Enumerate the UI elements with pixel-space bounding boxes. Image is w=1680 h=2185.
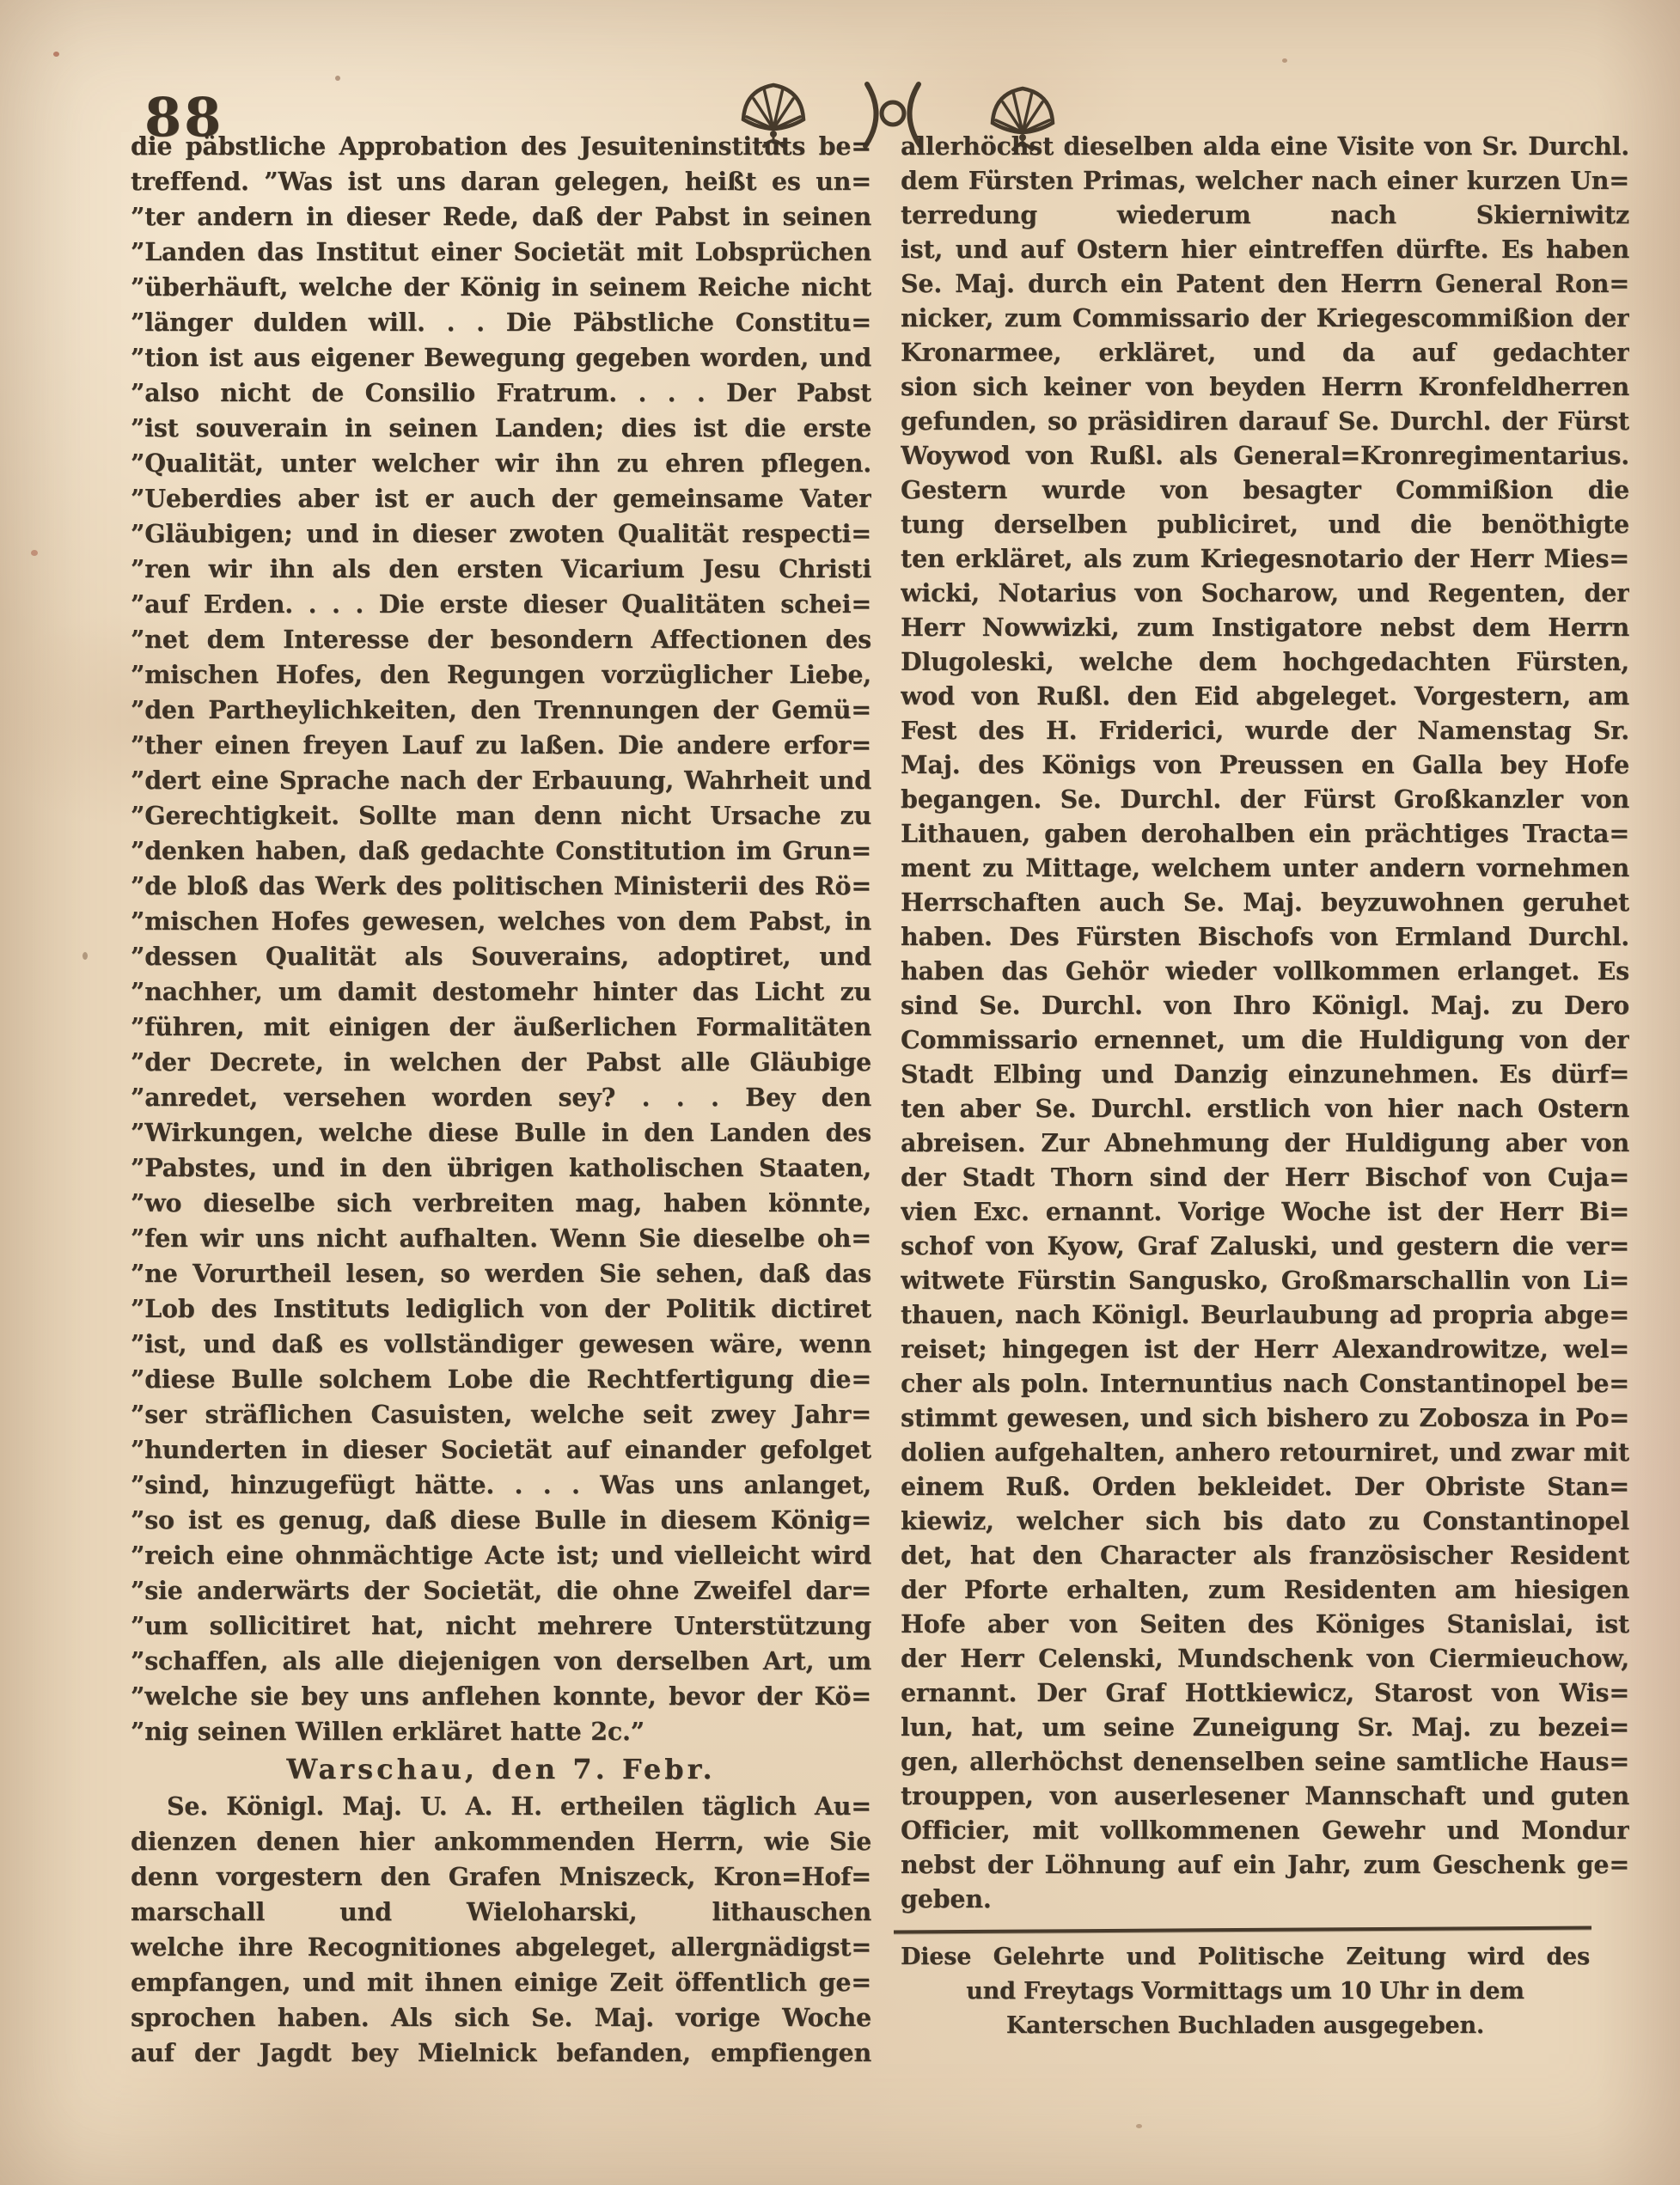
column-line: gefunden, so präsidiren darauf Se. Durch…: [901, 404, 1629, 438]
article-line: ”hunderten in dieser Societät auf einand…: [131, 1432, 871, 1468]
column-line: dem Fürsten Primas, welcher nach einer k…: [901, 163, 1629, 198]
column-line: haben. Des Fürsten Bischofs von Ermland …: [901, 919, 1629, 954]
article-line: ”dert eine Sprache nach der Erbauung, Wa…: [131, 763, 871, 798]
article-line: ”Wirkungen, welche diese Bulle in den La…: [131, 1115, 871, 1150]
column-line: Herrschaften auch Se. Maj. beyzuwohnen g…: [901, 885, 1629, 919]
article-line: ”tion ist aus eigener Bewegung gegeben w…: [131, 340, 871, 375]
column-line: Herr Nowwizki, zum Instigatore nebst dem…: [901, 610, 1629, 644]
article-line: ”Lob des Instituts lediglich von der Pol…: [131, 1291, 871, 1327]
column-line: Stadt Elbing und Danzig einzunehmen. Es …: [901, 1057, 1629, 1091]
column-line: wicki, Notarius von Socharow, und Regent…: [901, 576, 1629, 610]
article-line: ”nachher, um damit destomehr hinter das …: [131, 974, 871, 1010]
article-line: ”um sollicitiret hat, nicht mehrere Unte…: [131, 1608, 871, 1644]
column-line: ernannt. Der Graf Hottkiewicz, Starost v…: [901, 1675, 1629, 1710]
paragraph-line: empfangen, und mit ihnen einige Zeit öff…: [131, 1965, 871, 2000]
article-line: ”führen, mit einigen der äußerlichen For…: [131, 1010, 871, 1045]
article-line: ”wo dieselbe sich verbreiten mag, haben …: [131, 1186, 871, 1221]
paragraph-line: sprochen haben. Als sich Se. Maj. vorige…: [131, 2000, 871, 2035]
imprint-note: Diese Gelehrte und Politische Zeitung wi…: [901, 1940, 1590, 2043]
paragraph-line: dienzen denen hier ankommenden Herrn, wi…: [131, 1824, 871, 1859]
article-line: ”mischen Hofes, den Regungen vorzügliche…: [131, 657, 871, 693]
article-line: ”so ist es genug, daß diese Bulle in die…: [131, 1503, 871, 1538]
column-line: Dlugoleski, welche dem hochgedachten Für…: [901, 644, 1629, 679]
article-line: ”Qualität, unter welcher wir ihn zu ehre…: [131, 446, 871, 481]
warschau-paragraph-lines: Se. Königl. Maj. U. A. H. ertheilen tägl…: [131, 1789, 871, 2071]
column-line: ten erkläret, als zum Kriegesnotario der…: [901, 541, 1629, 576]
column-line: einem Ruß. Orden bekleidet. Der Obriste …: [901, 1469, 1629, 1504]
column-line: ist, und auf Ostern hier eintreffen dürf…: [901, 232, 1629, 266]
paragraph-line: Se. Königl. Maj. U. A. H. ertheilen tägl…: [131, 1789, 871, 1824]
paragraph-line: denn vorgestern den Grafen Mniszeck, Kro…: [131, 1859, 871, 1895]
article-line: treffend. ”Was ist uns daran gelegen, he…: [131, 164, 871, 199]
article-line: ”de bloß das Werk des politischen Minist…: [131, 869, 871, 904]
column-line: schof von Kyow, Graf Zaluski, und gester…: [901, 1229, 1629, 1263]
imprint-line: Kanterschen Buchladen ausgegeben.: [901, 2009, 1590, 2043]
imprint-line: Diese Gelehrte und Politische Zeitung wi…: [901, 1940, 1590, 1974]
article-line: ”also nicht de Consilio Fratrum. . . . D…: [131, 375, 871, 411]
foxing-speck: [1136, 2124, 1142, 2128]
article-line: ”ist souverain in seinen Landen; dies is…: [131, 411, 871, 446]
column-line: der Herr Celenski, Mundschenk von Ciermi…: [901, 1641, 1629, 1675]
foxing-speck: [31, 550, 38, 556]
article-line: ”welche sie bey uns anflehen konnte, bev…: [131, 1679, 871, 1714]
column-line: reiset; hingegen ist der Herr Alexandrow…: [901, 1332, 1629, 1366]
column-line: der Pforte erhalten, zum Residenten am h…: [901, 1572, 1629, 1607]
column-line: Se. Maj. durch ein Patent den Herrn Gene…: [901, 266, 1629, 301]
column-line: Commissario ernennet, um die Huldigung v…: [901, 1022, 1629, 1057]
column-line: ment zu Mittage, welchem unter andern vo…: [901, 851, 1629, 885]
column-line: gen, allerhöchst denenselben seine samtl…: [901, 1744, 1629, 1779]
foxing-speck: [82, 952, 88, 960]
article-line: ”auf Erden. . . . Die erste dieser Quali…: [131, 587, 871, 622]
article-line: ”mischen Hofes gewesen, welches von dem …: [131, 904, 871, 939]
right-column: allerhöchst dieselben alda eine Visite v…: [901, 129, 1629, 1916]
column-line: kiewiz, welcher sich bis dato zu Constan…: [901, 1504, 1629, 1538]
article-line: ”net dem Interesse der besondern Affecti…: [131, 622, 871, 657]
paragraph-line: auf der Jagdt bey Mielnick befanden, emp…: [131, 2035, 871, 2071]
column-line: terredung wiederum nach Skierniwitz zurü…: [901, 198, 1629, 232]
article-line: ”sie anderwärts der Societät, die ohne Z…: [131, 1573, 871, 1608]
article-line: ”anredet, versehen worden sey? . . . Bey…: [131, 1080, 871, 1115]
paragraph-line: marschall und Wieloharski, lithauschen K…: [131, 1895, 871, 1930]
column-line: abreisen. Zur Abnehmung der Huldigung ab…: [901, 1126, 1629, 1160]
column-line: Lithauen, gaben derohalben ein prächtige…: [901, 816, 1629, 851]
article-line: ”ter andern in dieser Rede, daß der Pabs…: [131, 199, 871, 235]
article-line: ”Landen das Institut einer Societät mit …: [131, 235, 871, 270]
column-line: tung derselben publiciret, und die benöt…: [901, 507, 1629, 541]
column-line: Woywod von Rußl. als General=Kronregimen…: [901, 438, 1629, 473]
column-line: Officier, mit vollkommenen Gewehr und Mo…: [901, 1813, 1629, 1847]
article-line: ”Ueberdies aber ist er auch der gemeinsa…: [131, 481, 871, 516]
column-line: Fest des H. Friderici, wurde der Namenst…: [901, 713, 1629, 748]
article-line: ”Pabstes, und in den übrigen katholische…: [131, 1150, 871, 1186]
column-line: witwete Fürstin Sangusko, Großmarschalli…: [901, 1263, 1629, 1297]
column-line: nicker, zum Commissario der Kriegescommi…: [901, 301, 1629, 335]
article-line: ”Gerechtigkeit. Sollte man denn nicht Ur…: [131, 798, 871, 833]
column-line: der Stadt Thorn sind der Herr Bischof vo…: [901, 1160, 1629, 1194]
column-line: sion sich keiner von beyden Herrn Kronfe…: [901, 369, 1629, 404]
article-line: ”Gläubigen; und in dieser zwoten Qualitä…: [131, 516, 871, 552]
article-line: ”überhäuft, welche der König in seinem R…: [131, 270, 871, 305]
column-line: geben.: [901, 1882, 1629, 1916]
column-line: Hofe aber von Seiten des Königes Stanisl…: [901, 1607, 1629, 1641]
article-line: ”denken haben, daß gedachte Constitution…: [131, 833, 871, 869]
right-column-lines: allerhöchst dieselben alda eine Visite v…: [901, 129, 1629, 1916]
column-line: cher als poln. Internuntius nach Constan…: [901, 1366, 1629, 1401]
article-line: ”länger dulden will. . . Die Päbstliche …: [131, 305, 871, 340]
column-line: thauen, nach Königl. Beurlaubung ad prop…: [901, 1297, 1629, 1332]
column-line: ten aber Se. Durchl. erstlich von hier n…: [901, 1091, 1629, 1126]
article-line: ”fen wir uns nicht aufhalten. Wenn Sie d…: [131, 1221, 871, 1256]
column-line: Maj. des Königs von Preussen en Galla be…: [901, 748, 1629, 782]
foxing-speck: [1282, 58, 1287, 63]
footer-divider: [894, 1926, 1591, 1934]
article-line: ”ren wir ihn als den ersten Vicarium Jes…: [131, 552, 871, 587]
article-line: ”nig seinen Willen erkläret hatte 2c.”: [131, 1714, 871, 1749]
article-line: ”den Partheylichkeiten, den Trennungen d…: [131, 693, 871, 728]
column-line: Gestern wurde von besagter Commißion die…: [901, 473, 1629, 507]
column-line: det, hat den Character als französischer…: [901, 1538, 1629, 1572]
article-quote-lines: die päbstliche Approbation des Jesuiteni…: [131, 129, 871, 1749]
column-line: nebst der Löhnung auf ein Jahr, zum Gesc…: [901, 1847, 1629, 1882]
column-line: stimmt gewesen, und sich bishero zu Zobo…: [901, 1401, 1629, 1435]
column-line: sind Se. Durchl. von Ihro Königl. Maj. z…: [901, 988, 1629, 1022]
article-line: ”schaffen, als alle diejenigen von derse…: [131, 1644, 871, 1679]
imprint-line: und Freytags Vormittags um 10 Uhr in dem: [901, 1974, 1590, 2009]
column-line: trouppen, von auserlesener Mannschaft un…: [901, 1779, 1629, 1813]
column-line: allerhöchst dieselben alda eine Visite v…: [901, 129, 1629, 163]
newspaper-page: 88: [0, 0, 1680, 2185]
article-line: ”ther einen freyen Lauf zu laßen. Die an…: [131, 728, 871, 763]
column-line: dolien aufgehalten, anhero retourniret, …: [901, 1435, 1629, 1469]
column-line: vien Exc. ernannt. Vorige Woche ist der …: [901, 1194, 1629, 1229]
article-line: ”ser sträflichen Casuisten, welche seit …: [131, 1397, 871, 1432]
foxing-speck: [53, 52, 59, 57]
column-line: wod von Rußl. den Eid abgeleget. Vorgest…: [901, 679, 1629, 713]
article-line: ”dessen Qualität als Souverains, adoptir…: [131, 939, 871, 974]
left-column: die päbstliche Approbation des Jesuiteni…: [131, 129, 871, 2071]
foxing-speck: [335, 76, 340, 81]
column-line: begangen. Se. Durchl. der Fürst Großkanz…: [901, 782, 1629, 816]
paragraph-line: welche ihre Recognitiones abgeleget, all…: [131, 1930, 871, 1965]
column-line: haben das Gehör wieder vollkommen erlang…: [901, 954, 1629, 988]
article-line: ”ne Vorurtheil lesen, so werden Sie sehe…: [131, 1256, 871, 1291]
article-line: ”diese Bulle solchem Lobe die Rechtferti…: [131, 1362, 871, 1397]
article-line: ”ist, und daß es vollständiger gewesen w…: [131, 1327, 871, 1362]
article-line: ”reich eine ohnmächtige Acte ist; und vi…: [131, 1538, 871, 1573]
warschau-dateline-heading: Warschau, den 7. Febr.: [131, 1749, 871, 1789]
article-line: ”sind, hinzugefügt hätte. . . . Was uns …: [131, 1468, 871, 1503]
column-line: lun, hat, um seine Zuneigung Sr. Maj. zu…: [901, 1710, 1629, 1744]
article-line: ”der Decrete, in welchen der Pabst alle …: [131, 1045, 871, 1080]
article-line: die päbstliche Approbation des Jesuiteni…: [131, 129, 871, 164]
column-line: Kronarmee, erkläret, und da auf gedachte…: [901, 335, 1629, 369]
